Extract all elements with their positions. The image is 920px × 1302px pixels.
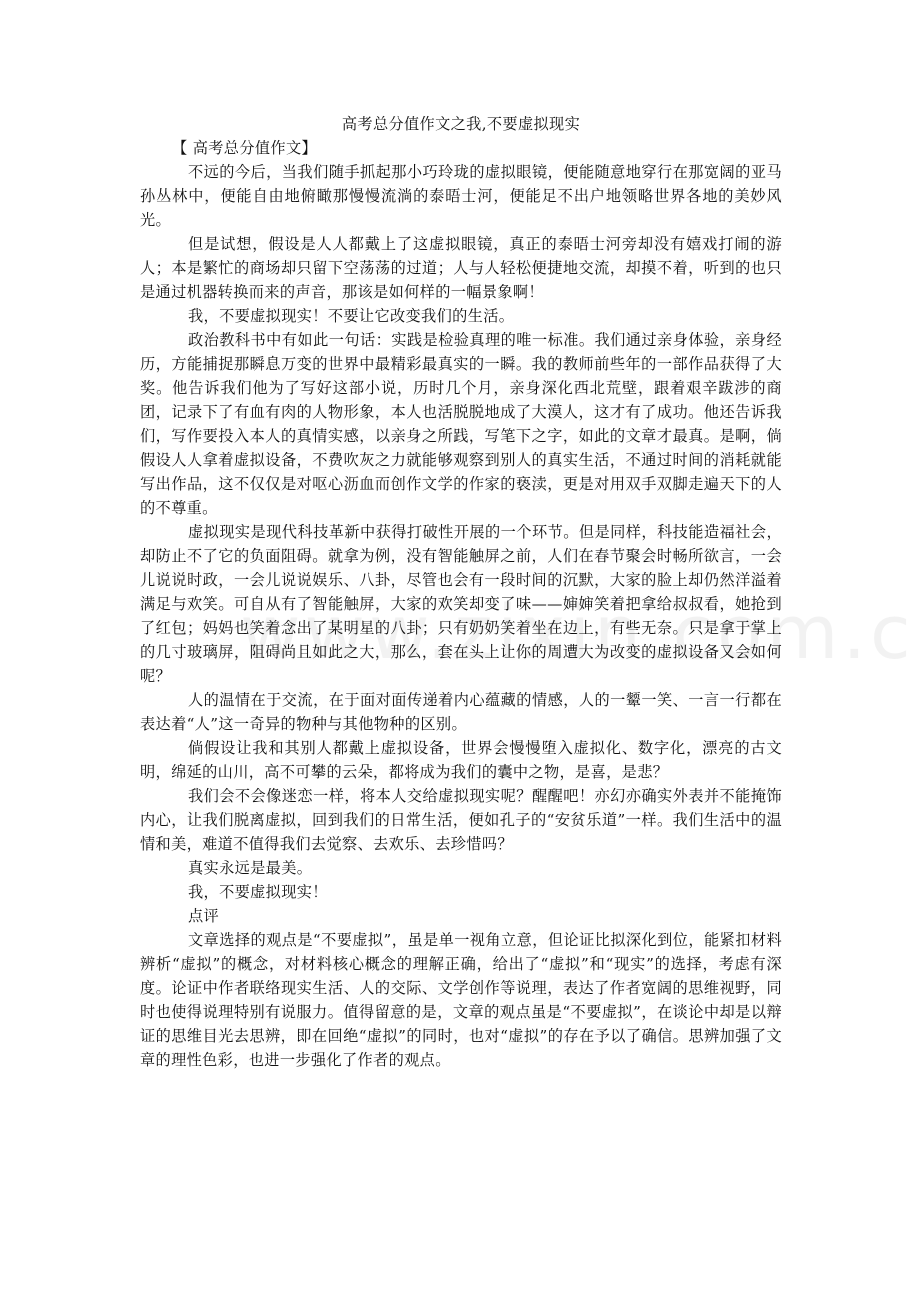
comment-heading: 点评 — [140, 904, 782, 928]
category-label: 【 高考总分值作文】 — [140, 136, 782, 160]
paragraph-10: 我，不要虚拟现实！ — [140, 880, 782, 904]
comment-paragraph: 文章选择的观点是“不要虚拟”，虽是单一视角立意，但论证比拟深化到位，能紧扣材料辨… — [140, 928, 782, 1072]
paragraph-9: 真实永远是最美。 — [140, 856, 782, 880]
paragraph-5: 虚拟现实是现代科技革新中获得打破性开展的一个环节。但是同样，科技能造福社会，却防… — [140, 520, 782, 688]
paragraph-4: 政治教科书中有如此一句话：实践是检验真理的唯一标准。我们通过亲身体验，亲身经历，… — [140, 328, 782, 520]
paragraph-3: 我，不要虚拟现实！不要让它改变我们的生活。 — [140, 304, 782, 328]
paragraph-1: 不远的今后，当我们随手抓起那小巧玲珑的虚拟眼镜，便能随意地穿行在那宽阔的亚马孙丛… — [140, 160, 782, 232]
document-page: 高考总分值作文之我,不要虚拟现实 【 高考总分值作文】 不远的今后，当我们随手抓… — [140, 112, 782, 1072]
paragraph-6: 人的温情在于交流，在于面对面传递着内心蕴藏的情感，人的一颦一笑、一言一行都在表达… — [140, 688, 782, 736]
document-title: 高考总分值作文之我,不要虚拟现实 — [140, 112, 782, 136]
paragraph-8: 我们会不会像迷恋一样，将本人交给虚拟现实呢？醒醒吧！亦幻亦确实外表并不能掩饰内心… — [140, 784, 782, 856]
paragraph-7: 倘假设让我和其别人都戴上虚拟设备，世界会慢慢堕入虚拟化、数字化，漂亮的古文明，绵… — [140, 736, 782, 784]
paragraph-2: 但是试想，假设是人人都戴上了这虚拟眼镜，真正的泰晤士河旁却没有嬉戏打闹的游人；本… — [140, 232, 782, 304]
